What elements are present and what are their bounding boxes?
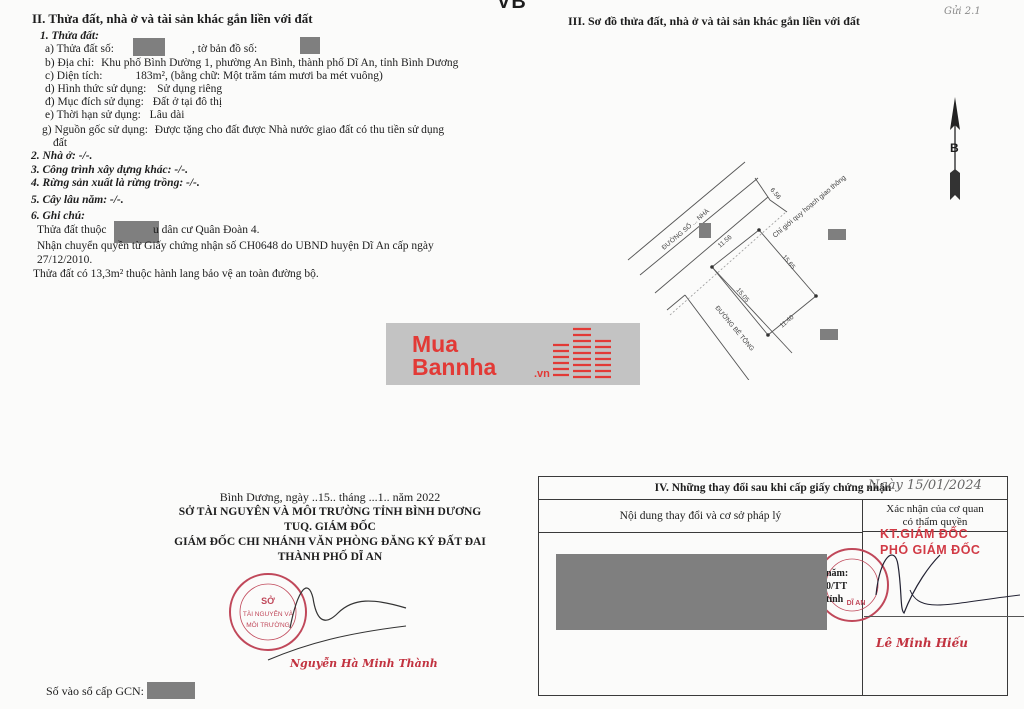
svg-text:TÀI NGUYÊN VÀ: TÀI NGUYÊN VÀ [243, 609, 294, 618]
building-icon [551, 325, 621, 383]
sub3-other-works: 3. Công trình xây dựng khác: -/-. [31, 164, 188, 176]
sub5-perennial: 5. Cây lâu năm: -/-. [31, 194, 124, 206]
partial-text-1: năm: [826, 567, 848, 580]
redacted-diagram-label-1 [828, 229, 846, 240]
origin-cont: đất [53, 137, 67, 150]
usage-term-row: e) Thời hạn sử dụng: Lâu dài [45, 109, 184, 122]
svg-text:DĨ AN: DĨ AN [847, 598, 866, 607]
usage-purpose-value: Đất ở tại đô thị [153, 96, 222, 108]
usage-purpose-label: đ) Mục đích sử dụng: [45, 96, 144, 108]
svg-text:MÔI TRƯỜNG: MÔI TRƯỜNG [246, 620, 290, 629]
redacted-map-sheet [300, 37, 320, 54]
note-3: 27/12/2010. [37, 254, 92, 267]
address-value: Khu phố Bình Dường 1, phường An Bình, th… [101, 57, 458, 69]
origin-label: g) Nguồn gốc sử dụng: [42, 124, 148, 136]
watermark-text-2: Bannha [412, 356, 496, 379]
origin-row: g) Nguồn gốc sử dụng: Được tặng cho đất … [42, 124, 444, 137]
address-row: b) Địa chỉ: Khu phố Bình Dường 1, phường… [45, 57, 458, 70]
watermark-text-1: Mua [412, 333, 458, 356]
redacted-change-content [556, 554, 827, 630]
handwritten-note: Gửi 2.1 [944, 6, 981, 17]
edge-label-1: 11.56 [717, 234, 734, 250]
branch-stamp-icon: DĨ AN [820, 545, 1020, 625]
redacted-parcel-number [133, 38, 165, 56]
section-iv-signer: Lê Minh Hiếu [876, 636, 968, 650]
usage-term-label: e) Thời hạn sử dụng: [45, 109, 141, 121]
col-header-confirmation-1: Xác nhận của cơ quan [863, 503, 1007, 516]
stamp-role-1: KT.GIÁM ĐỐC [880, 527, 968, 541]
role-line-1: GIÁM ĐỐC CHI NHÁNH VĂN PHÒNG ĐĂNG KÝ ĐẤT… [140, 535, 520, 550]
svg-text:SỞ: SỞ [261, 595, 275, 606]
usage-term-value: Lâu dài [150, 109, 185, 121]
north-label: B [950, 141, 959, 155]
top-page-mark: VB [497, 0, 527, 14]
signature-underline [864, 616, 1024, 617]
usage-purpose-row: đ) Mục đích sử dụng: Đất ở tại đô thị [45, 96, 222, 109]
handwritten-date: Ngày 15/01/2024 [868, 478, 982, 493]
parcel-label: a) Thửa đất số: [45, 43, 114, 55]
redacted-gcn-number [147, 682, 195, 699]
tuq-line: TUQ. GIÁM ĐỐC [140, 520, 520, 535]
section-iii-title: III. Sơ đồ thửa đất, nhà ở và tài sản kh… [568, 14, 860, 29]
signer-name: Nguyễn Hà Minh Thành [290, 657, 438, 670]
watermark-suffix: .vn [534, 368, 550, 380]
area-value: 183m², (bằng chữ: Một trăm tám mươi ba m… [135, 70, 382, 82]
section-ii-title: II. Thửa đất, nhà ở và tài sản khác gắn … [32, 11, 313, 27]
official-stamp-icon: SỞ TÀI NGUYÊN VÀ MÔI TRƯỜNG [228, 568, 408, 668]
partial-text-2: 0/TT [826, 580, 847, 593]
usage-form-label: d) Hình thức sử dụng: [45, 83, 146, 95]
note-2: Nhận chuyển quyền từ Giấy chứng nhận số … [37, 240, 434, 253]
origin-value: Được tặng cho đất được Nhà nước giao đất… [155, 124, 444, 136]
road-bottom-label: ĐƯỜNG BÊ TÔNG [713, 304, 756, 353]
edge-label-4: 15.05 [734, 287, 750, 304]
note-1-suffix: u dân cư Quân Đoàn 4. [153, 224, 260, 237]
sign-date: Bình Dương, ngày ..15.. tháng ...1.. năm… [140, 490, 520, 505]
watermark-logo: Mua Bannha .vn [386, 323, 640, 385]
redacted-diagram-label-2 [820, 329, 838, 340]
area-label: c) Diện tích: [45, 70, 102, 82]
edge-label-3: 11.40 [779, 314, 796, 330]
usage-form-value: Sử dụng riêng [157, 83, 222, 95]
role-line-2: THÀNH PHỐ DĨ AN [140, 550, 520, 565]
note-4: Thửa đất có 13,3m² thuộc hành lang bảo v… [33, 268, 319, 281]
signature-block: Bình Dương, ngày ..15.. tháng ...1.. năm… [140, 490, 520, 565]
edge-label-2: 15.65 [780, 254, 796, 271]
col-header-changes: Nội dung thay đổi và cơ sở pháp lý [539, 500, 862, 533]
partial-text-3: tỉnh [826, 593, 843, 606]
address-label: b) Địa chỉ: [45, 57, 94, 69]
issuing-org: SỞ TÀI NGUYÊN VÀ MÔI TRƯỜNG TỈNH BÌNH DƯ… [140, 505, 520, 520]
sub4-forest: 4. Rừng sản xuất là rừng trồng: -/-. [31, 177, 200, 189]
usage-form-row: d) Hình thức sử dụng: Sử dụng riêng [45, 83, 222, 96]
redacted-road-name [699, 223, 711, 238]
note-1-prefix: Thửa đất thuộc [37, 224, 106, 237]
map-sheet-label: , tờ bản đồ số: [192, 43, 257, 56]
gcn-entry-label: Số vào sổ cấp GCN: [46, 685, 144, 698]
sub1-title: 1. Thửa đất: [40, 30, 99, 42]
sub2-house: 2. Nhà ở: -/-. [31, 150, 92, 162]
sub6-notes-title: 6. Ghi chú: [31, 210, 85, 222]
parcel-number-row: a) Thửa đất số: [45, 43, 114, 56]
edge-label-5: 6.56 [768, 187, 782, 201]
area-row: c) Diện tích: 183m², (bằng chữ: Một trăm… [45, 70, 383, 83]
plot-diagram: ĐƯỜNG SỐ ... NHÀ 11.56 15.65 11.40 15.05… [620, 150, 870, 380]
